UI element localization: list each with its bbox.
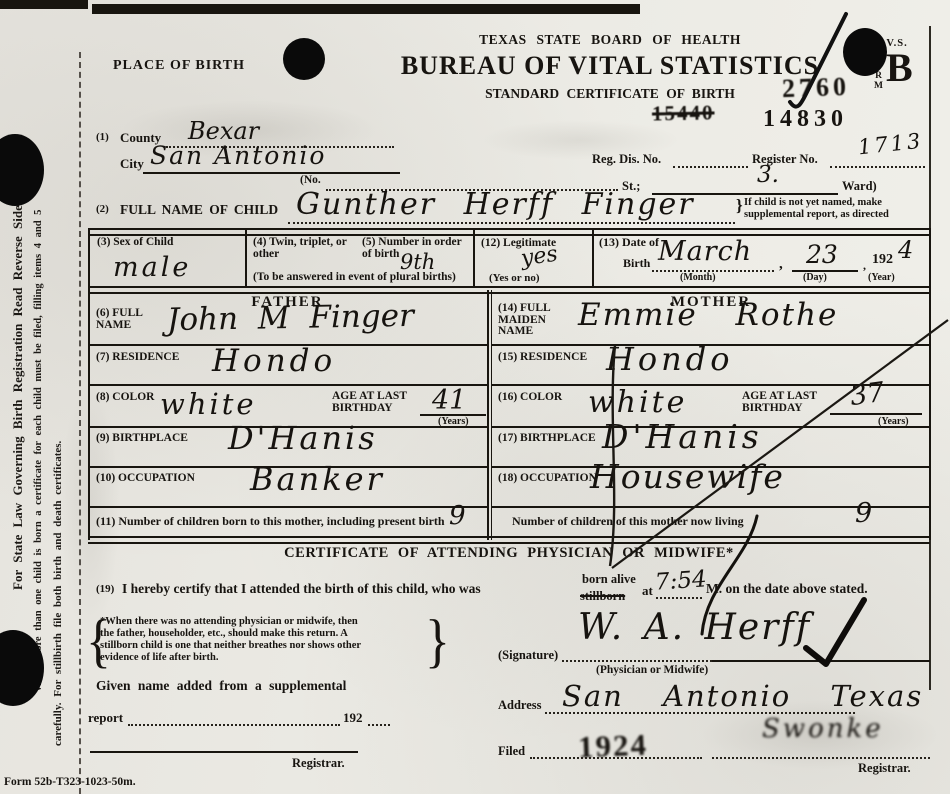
signature-line-solid: [712, 660, 930, 662]
father-occupation-line: [88, 506, 487, 508]
unnamed-note-brace: }: [736, 196, 743, 216]
mother-age-label: AGE AT LAST BIRTHDAY: [742, 391, 834, 414]
reg-dis-label: Reg. Dis. No.: [592, 152, 661, 167]
father-name-value: John M Finger: [167, 301, 414, 336]
given-name-text: Given name added from a supplemental: [96, 678, 346, 694]
punch-hole-top-center: [283, 38, 325, 80]
mother-residence-value: Hondo: [606, 343, 734, 375]
unnamed-note-line2: supplemental report, as directed: [744, 209, 889, 220]
form-letter-b: B: [886, 44, 913, 91]
scan-edge-mark: [0, 0, 88, 9]
city-line: [143, 172, 400, 174]
date-comma-2: ,: [863, 258, 866, 273]
footnote-brace-close: }: [425, 608, 450, 676]
report-year-line: [368, 724, 390, 726]
child-name-value: Gunther Herff Finger: [296, 190, 695, 220]
form-number-footer: Form 52b-T323-1023-50m.: [4, 776, 136, 788]
certificate-top-border: [92, 4, 640, 14]
report-year: 192: [343, 710, 363, 726]
check-mark-signature: [806, 600, 864, 664]
father-age-label: AGE AT LAST BIRTHDAY: [332, 391, 424, 414]
date-of-birth-label-2: Birth: [623, 256, 650, 271]
mother-name-label: (14) FULL MAIDEN NAME: [498, 303, 564, 338]
paper-smudge: [60, 380, 120, 640]
father-birthplace-value: D'Hanis: [228, 422, 378, 454]
time-line: [656, 597, 702, 599]
registrar-signature-scrawl: Swonke: [762, 716, 884, 742]
registrar-label-right: Registrar.: [858, 761, 911, 776]
registrar-left-line: [90, 751, 358, 753]
punch-hole-top-right: [843, 28, 887, 76]
footnote-line2: the father, householder, etc., should ma…: [100, 628, 348, 639]
grid-divider-3: [592, 230, 594, 288]
children-living-label: Number of children of this mother now li…: [512, 514, 744, 529]
sidebar-stillbirth-text: carefully. For stillbirth file both birt…: [52, 182, 64, 746]
ward-label: Ward): [842, 179, 877, 194]
place-of-birth-label: PLACE OF BIRTH: [113, 58, 245, 74]
father-name-label: (6) FULL NAME: [96, 307, 158, 331]
parent-divider-outer: [487, 290, 489, 540]
mother-color-value: white: [588, 388, 687, 418]
father-birthplace-label: (9) BIRTHPLACE: [96, 432, 188, 444]
signature-label: (Signature): [498, 648, 558, 663]
grid-divider-1: [245, 230, 247, 288]
legitimate-value: yes: [520, 244, 559, 271]
item-1-number: (1): [96, 131, 109, 143]
grid-divider-2: [473, 230, 475, 288]
year-digit-value: 4: [898, 238, 913, 262]
street-value: 3.: [757, 164, 779, 187]
mother-birthplace-label: (17) BIRTHPLACE: [498, 432, 596, 444]
month-value: March: [658, 238, 752, 265]
certify-end-text: M. on the date above stated.: [706, 581, 868, 597]
report-line: [128, 724, 340, 726]
stillborn-option-struck: stillborn: [580, 589, 625, 604]
father-color-label: (8) COLOR: [96, 391, 154, 403]
address-value: San Antonio Texas: [562, 682, 923, 711]
date-comma-1: ,: [779, 256, 783, 273]
yes-or-no-note: (Yes or no): [489, 272, 540, 284]
registrar-right-line: [712, 757, 930, 759]
father-color-value: white: [160, 390, 257, 419]
struck-certificate-number: 15440: [652, 100, 715, 126]
bureau-title: BUREAU OF VITAL STATISTICS: [400, 51, 820, 81]
mother-name-value: Emmie Rothe: [578, 300, 838, 331]
rule-top-grid: [88, 228, 930, 236]
mother-color-label: (16) COLOR: [498, 391, 562, 403]
city-label: City: [120, 156, 144, 172]
children-born-value: 9: [449, 503, 466, 529]
register-no-line: [830, 166, 925, 168]
sex-label: (3) Sex of Child: [97, 236, 175, 248]
certify-text: I hereby certify that I attended the bir…: [122, 581, 481, 597]
mother-age-value: 37: [848, 379, 886, 411]
address-label: Address: [498, 698, 542, 713]
item-2-number: (2): [96, 203, 109, 215]
month-note: (Month): [680, 272, 716, 283]
filed-date-stamp: 1924: [577, 727, 648, 765]
register-no-value: 1713: [857, 131, 924, 159]
mother-occupation-label: (18) OCCUPATION: [498, 472, 597, 484]
stamped-number: 2760: [781, 72, 850, 104]
year-printed: 192: [872, 252, 893, 268]
plural-births-note: (To be answered in event of plural birth…: [253, 271, 456, 283]
city-value: San Antonio: [150, 143, 326, 168]
certificate-number: 14830: [763, 106, 848, 133]
birth-certificate-scan: For State Law Governing Birth Registrati…: [0, 0, 950, 794]
mother-residence-label: (15) RESIDENCE: [498, 351, 587, 363]
report-label: report: [88, 710, 123, 726]
signature-value: W. A. Herff: [578, 610, 811, 646]
child-name-label: FULL NAME OF CHILD: [120, 202, 278, 218]
day-value: 23: [806, 242, 838, 267]
standard-certificate-title: STANDARD CERTIFICATE OF BIRTH: [440, 86, 780, 102]
father-residence-label: (7) RESIDENCE: [96, 351, 179, 363]
rule-physician-top: [88, 536, 930, 544]
children-born-label: (11) Number of children born to this mot…: [96, 514, 445, 529]
father-occupation-label: (10) OCCUPATION: [96, 472, 195, 484]
mother-occupation-value: Housewife: [590, 460, 785, 493]
birth-order-value: 9th: [400, 252, 435, 273]
reg-dis-line: [673, 166, 748, 168]
house-number-label: (No.: [300, 174, 321, 186]
born-alive-option: born alive: [582, 572, 636, 587]
father-occupation-value: Banker: [250, 463, 385, 495]
sidebar-law-text: For State Law Governing Birth Registrati…: [10, 178, 26, 590]
mother-birthplace-value: D'Hanis: [602, 420, 763, 453]
sex-value: male: [113, 254, 191, 281]
perforation-line: [79, 52, 81, 794]
county-value: Bexar: [188, 119, 259, 143]
date-of-birth-label-1: (13) Date of: [599, 235, 659, 250]
father-residence-line: [88, 384, 487, 386]
physician-or-midwife-note: (Physician or Midwife): [596, 664, 708, 676]
footnote-line4: evidence of life after birth.: [100, 652, 218, 663]
father-age-value: 41: [432, 387, 466, 414]
children-living-value: 9: [855, 500, 872, 527]
board-title: TEXAS STATE BOARD OF HEALTH: [450, 32, 770, 48]
mother-age-line: [830, 413, 922, 415]
time-value: 7:54: [654, 568, 707, 595]
parent-divider-inner: [491, 290, 492, 540]
sidebar-multiple-birth-text: When more than one child is born a certi…: [33, 0, 44, 692]
rule-bottom-grid: [88, 286, 930, 294]
at-label: at: [642, 583, 653, 599]
father-residence-value: Hondo: [212, 346, 336, 377]
day-note: (Day): [803, 272, 827, 283]
child-name-line: [288, 222, 735, 224]
twin-label: (4) Twin, triplet, or other: [253, 236, 365, 260]
unnamed-note-line1: If child is not yet named, make: [744, 197, 882, 208]
year-note: (Year): [868, 272, 895, 283]
physician-section-title: CERTIFICATE OF ATTENDING PHYSICIAN OR MI…: [88, 545, 930, 562]
footnote-line1: *When there was no attending physician o…: [100, 616, 358, 627]
signature-line-dotted: [562, 660, 712, 662]
filed-label: Filed: [498, 744, 525, 759]
item-19-number: (19): [96, 583, 114, 595]
registrar-label-left: Registrar.: [292, 756, 345, 771]
footnote-line3: stillborn child is one that neither brea…: [100, 640, 361, 651]
